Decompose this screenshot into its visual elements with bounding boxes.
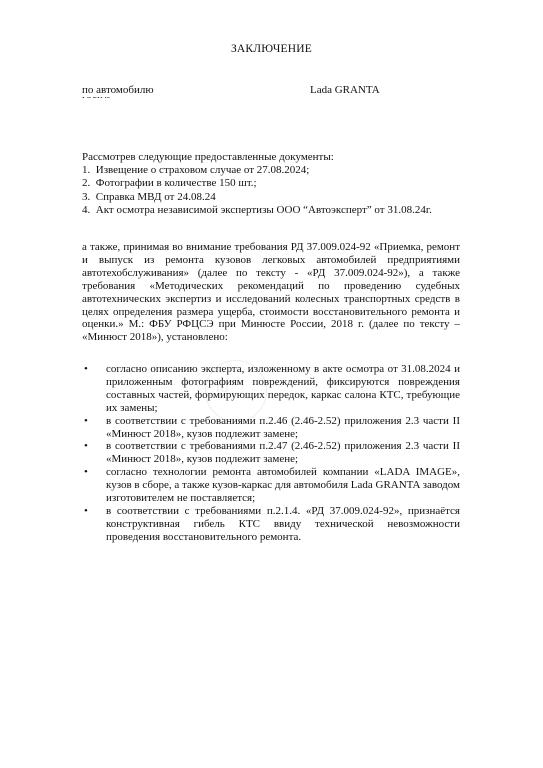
document-item: 2. Фотографии в количестве 150 шт.; <box>82 177 432 190</box>
document-item: 1. Извещение о страховом случае от 27.08… <box>82 164 432 177</box>
finding-item: •в соответствии с требованиями п.2.46 (2… <box>82 415 460 441</box>
bullet-icon: • <box>84 505 88 518</box>
vehicle-value: Lada GRANTA <box>310 84 380 96</box>
document-page: ЗАКЛЮЧЕНИЕ по автомобилю Lada GRANTA гос… <box>0 0 543 768</box>
document-item: 3. Справка МВД от 24.08.24 <box>82 191 432 204</box>
bullet-icon: • <box>84 363 88 376</box>
findings-list: •согласно описанию эксперта, изложенному… <box>82 363 460 544</box>
bullet-icon: • <box>84 415 88 428</box>
finding-item: •в соответствии с требованиями п.2.47 (2… <box>82 440 460 466</box>
bullet-icon: • <box>84 440 88 453</box>
document-title: ЗАКЛЮЧЕНИЕ <box>0 43 543 55</box>
requirements-paragraph: а также, принимая во внимание требования… <box>82 241 460 344</box>
document-item: 4. Акт осмотра независимой экспертизы ОО… <box>82 204 432 217</box>
finding-item: •согласно технологии ремонта автомобилей… <box>82 466 460 505</box>
finding-item: •согласно описанию эксперта, изложенному… <box>82 363 460 415</box>
intro-text: Рассмотрев следующие предоставленные док… <box>82 151 334 164</box>
vehicle-label: по автомобилю <box>82 84 154 96</box>
cut-off-line: гос.№ <box>82 97 112 101</box>
bullet-icon: • <box>84 466 88 479</box>
finding-item: •в соответствии с требованиями п.2.1.4. … <box>82 505 460 544</box>
documents-list: 1. Извещение о страховом случае от 27.08… <box>82 164 432 218</box>
